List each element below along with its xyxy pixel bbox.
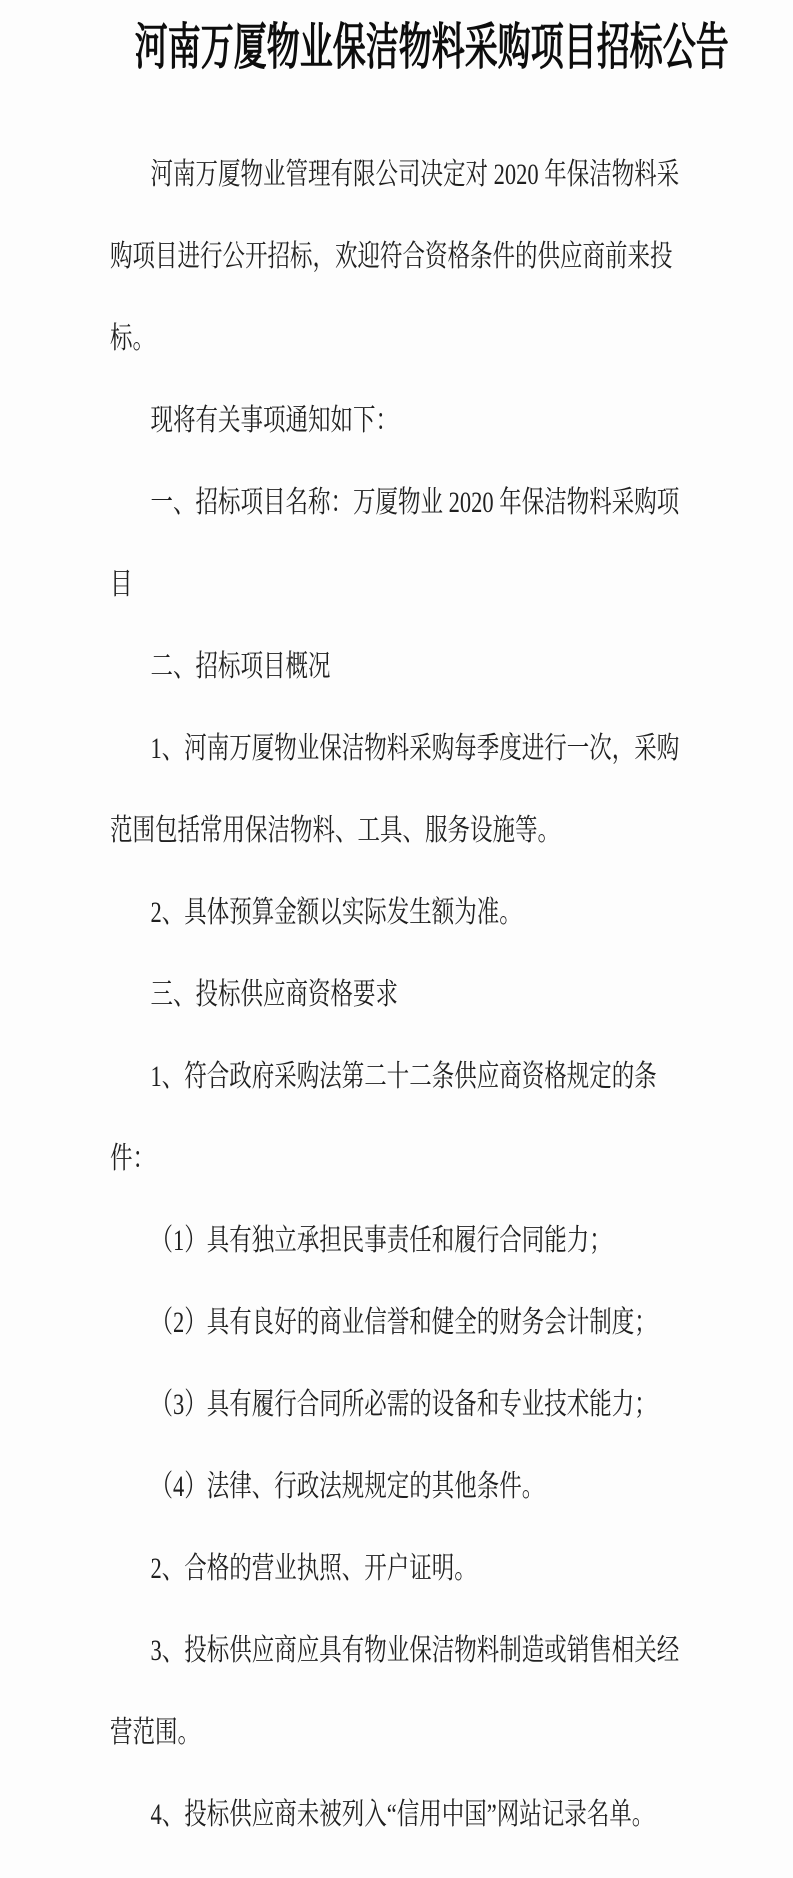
doc-line: 范围包括常用保洁物料、工具、服务设施等。 xyxy=(110,790,622,872)
doc-line: 3、投标供应商应具有物业保洁物料制造或销售相关经 xyxy=(110,1610,622,1692)
doc-line: 件： xyxy=(110,1118,622,1200)
doc-line: 一、招标项目名称：万厦物业 2020 年保洁物料采购项 xyxy=(110,462,622,544)
doc-line: （1）具有独立承担民事责任和履行合同能力； xyxy=(110,1200,622,1282)
doc-line: （4）法律、行政法规规定的其他条件。 xyxy=(110,1446,622,1528)
doc-line: 1、符合政府采购法第二十二条供应商资格规定的条 xyxy=(110,1036,622,1118)
document-page: 河南万厦物业保洁物料采购项目招标公告 河南万厦物业管理有限公司决定对 2020 … xyxy=(0,0,793,1878)
doc-line: 二、招标项目概况 xyxy=(110,626,622,708)
doc-line: 营范围。 xyxy=(110,1692,622,1774)
doc-line: 2、具体预算金额以实际发生额为准。 xyxy=(110,872,622,954)
doc-line: 三、投标供应商资格要求 xyxy=(110,954,622,1036)
doc-line: 4、投标供应商未被列入“信用中国”网站记录名单。 xyxy=(110,1774,622,1856)
doc-line: （2）具有良好的商业信誉和健全的财务会计制度； xyxy=(110,1282,622,1364)
doc-line: 1、河南万厦物业保洁物料采购每季度进行一次，采购 xyxy=(110,708,622,790)
doc-line: 购项目进行公开招标，欢迎符合资格条件的供应商前来投 xyxy=(110,216,622,298)
doc-line: 目 xyxy=(110,544,622,626)
doc-line: 现将有关事项通知如下： xyxy=(110,380,622,462)
document-title: 河南万厦物业保洁物料采购项目招标公告 xyxy=(135,0,658,78)
document-body: 河南万厦物业管理有限公司决定对 2020 年保洁物料采 购项目进行公开招标，欢迎… xyxy=(0,134,793,1856)
doc-line: 河南万厦物业管理有限公司决定对 2020 年保洁物料采 xyxy=(110,134,622,216)
doc-line: 标。 xyxy=(110,298,622,380)
doc-line: （3）具有履行合同所必需的设备和专业技术能力； xyxy=(110,1364,622,1446)
doc-line: 2、合格的营业执照、开户证明。 xyxy=(110,1528,622,1610)
